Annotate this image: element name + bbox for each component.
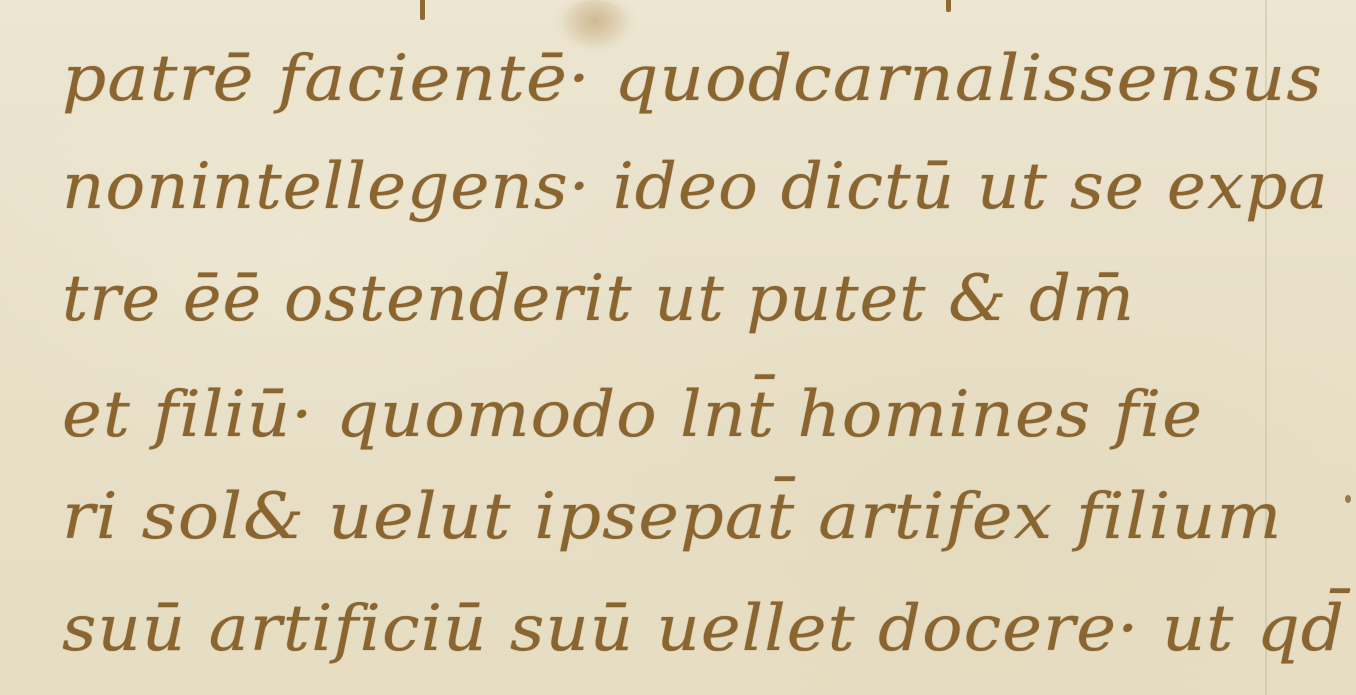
manuscript-page: patrē facientē· quodcarnalissensus nonin… bbox=[0, 0, 1356, 695]
descender-stub bbox=[946, 0, 951, 12]
manuscript-line-1: patrē facientē· quodcarnalissensus bbox=[62, 42, 1323, 116]
descender-stub bbox=[420, 0, 425, 20]
ink-speck bbox=[1345, 495, 1351, 503]
manuscript-line-5: ri sol& uelut ipsepat̄ artifex filium bbox=[62, 480, 1283, 554]
manuscript-line-6: suū artificiū suū uellet docere· ut qd̄ bbox=[62, 592, 1345, 666]
manuscript-line-2: nonintellegens· ideo dictū ut se expa bbox=[62, 150, 1329, 224]
manuscript-line-3: tre ēē ostenderit ut putet & dm̄ bbox=[62, 262, 1135, 336]
manuscript-line-4: et filiū· quomodo lnt̄ homines fie bbox=[62, 378, 1203, 452]
